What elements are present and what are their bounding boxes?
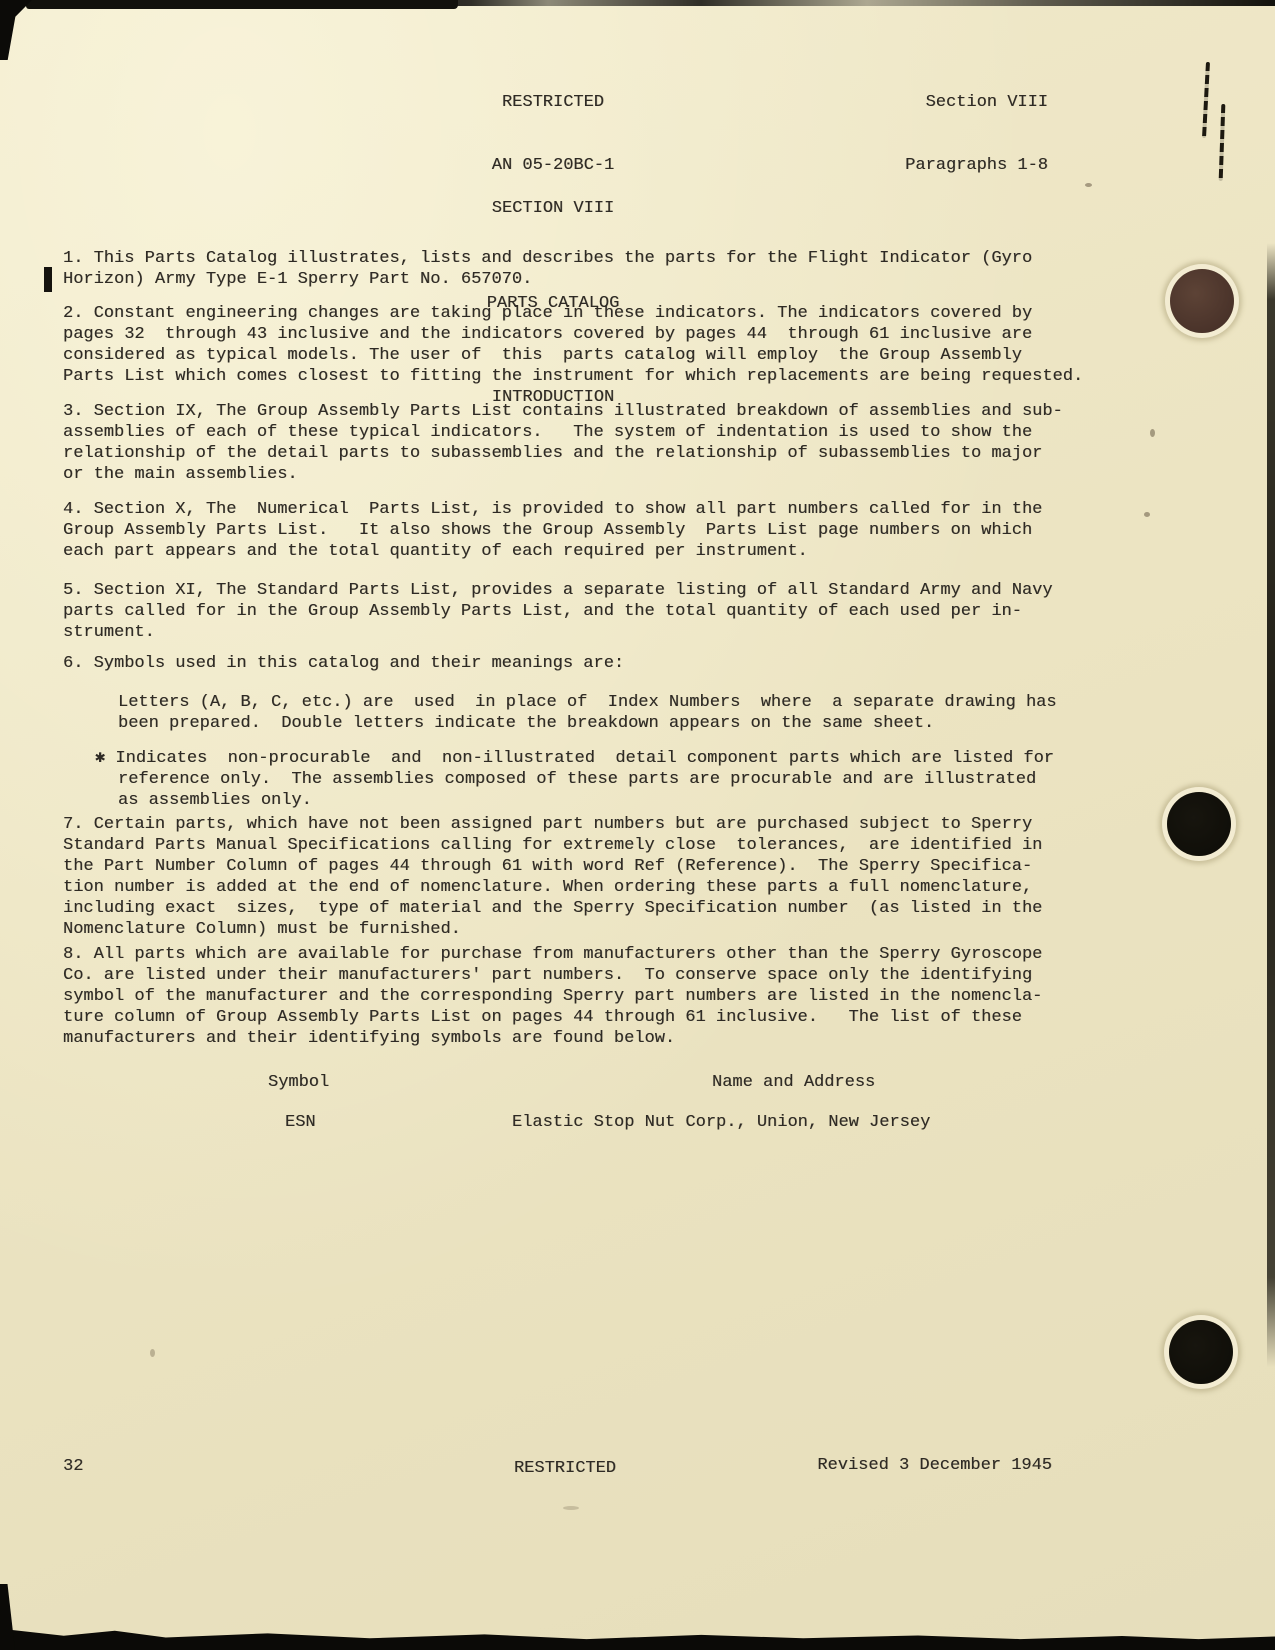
binder-hole-bottom	[1169, 1320, 1233, 1384]
scan-corner-top-left	[0, 0, 32, 60]
section-title: SECTION VIII	[403, 193, 703, 225]
footer-revision: Revised 3 December 1945	[800, 1455, 1052, 1476]
scan-speck	[1144, 512, 1150, 517]
binder-hole-top	[1170, 269, 1234, 333]
name-column-header: Name and Address	[712, 1072, 875, 1093]
scan-speck	[1085, 183, 1092, 187]
page-header-right: Section VIII Paragraphs 1-8	[848, 50, 1048, 218]
symbol-cell: ESN	[285, 1112, 316, 1133]
scan-edge-bottom	[0, 1624, 1275, 1650]
document-page: RESTRICTED AN 05-20BC-1 Section VIII Par…	[0, 0, 1275, 1650]
ink-mark-2	[1219, 104, 1226, 181]
scan-speck	[1150, 429, 1155, 437]
header-section: Section VIII	[848, 92, 1048, 113]
header-paragraph-range: Paragraphs 1-8	[848, 155, 1048, 176]
scan-edge-bottom-left	[0, 1584, 15, 1650]
paragraph-5: 5. Section XI, The Standard Parts List, …	[63, 580, 1053, 643]
footer-page-number: 32	[63, 1456, 83, 1477]
footer-classification: RESTRICTED	[455, 1458, 675, 1479]
paragraph-3: 3. Section IX, The Group Assembly Parts …	[63, 401, 1063, 485]
scan-edge-top-thick	[26, 0, 458, 9]
paragraph-6-asterisk-note: ✱ Indicates non-procurable and non-illus…	[95, 748, 1054, 811]
name-cell: Elastic Stop Nut Corp., Union, New Jerse…	[512, 1112, 930, 1133]
symbol-column-header: Symbol	[268, 1072, 329, 1093]
paragraph-6-letters-note: Letters (A, B, C, etc.) are used in plac…	[118, 692, 1057, 734]
scan-speck	[150, 1349, 155, 1357]
paragraph-6: 6. Symbols used in this catalog and thei…	[63, 653, 624, 674]
scan-edge-right	[1267, 243, 1275, 1367]
paragraph-1: 1. This Parts Catalog illustrates, lists…	[63, 248, 1032, 290]
paragraph-8: 8. All parts which are available for pur…	[63, 944, 1042, 1049]
change-indicator-bar	[44, 267, 52, 292]
header-classification: RESTRICTED	[453, 92, 653, 113]
paragraph-4: 4. Section X, The Numerical Parts List, …	[63, 499, 1042, 562]
paragraph-2: 2. Constant engineering changes are taki…	[63, 303, 1083, 387]
ink-mark-1	[1202, 62, 1210, 138]
paragraph-7: 7. Certain parts, which have not been as…	[63, 814, 1042, 940]
scan-speck	[563, 1506, 579, 1510]
binder-hole-middle	[1167, 792, 1231, 856]
